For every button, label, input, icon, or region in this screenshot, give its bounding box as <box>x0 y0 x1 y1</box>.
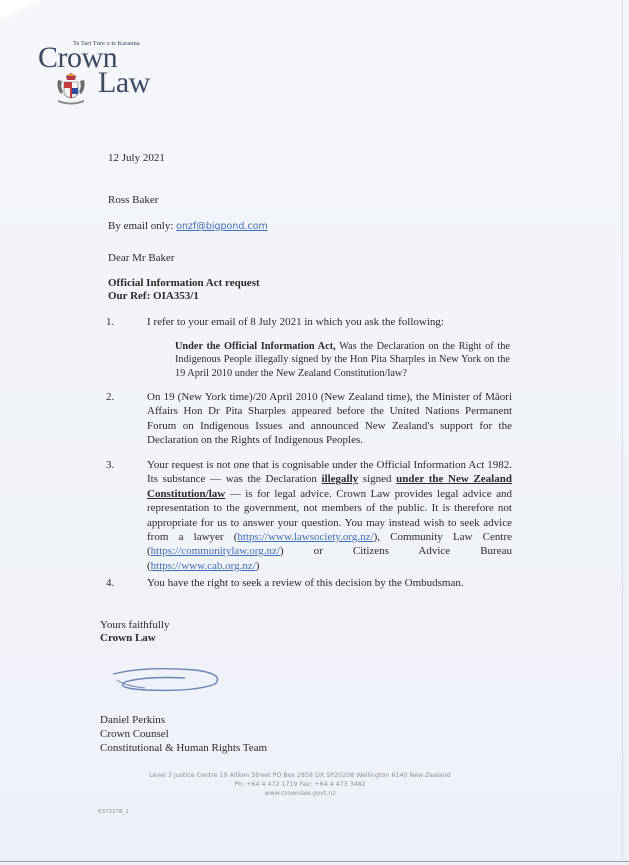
reference-line: Our Ref: OIA353/1 <box>108 289 199 303</box>
valediction: Yours faithfully <box>100 618 169 632</box>
quoted-request: Under the Official Information Act, Was … <box>175 340 510 380</box>
salutation: Dear Mr Baker <box>108 251 175 265</box>
document-reference: 6373278_1 <box>98 809 129 815</box>
footer-phone: Ph: +64 4 472 1719 Fax: +64 4 473 3482 <box>90 780 510 789</box>
footer-address: Level 3 Justice Centre 19 Aitken Street … <box>90 771 510 780</box>
paragraph-number: 1. <box>106 315 114 329</box>
signatory-team: Constitutional & Human Rights Team <box>100 741 267 755</box>
recipient-name: Ross Baker <box>108 193 158 207</box>
delivery-line: By email only: onzf@bigpond.com <box>108 219 268 234</box>
communitylaw-link[interactable]: https://communitylaw.org.nz/ <box>151 545 280 557</box>
paragraph-1-text: I refer to your email of 8 July 2021 in … <box>147 315 444 329</box>
paragraph-3-segment: signed <box>358 473 396 485</box>
page-edge-bottom <box>0 861 629 862</box>
footer-website: www.crownlaw.govt.nz <box>90 789 510 798</box>
delivery-prefix: By email only: <box>108 220 173 232</box>
cab-link[interactable]: https://www.cab.org.nz/ <box>151 560 256 572</box>
page-edge <box>622 0 623 860</box>
paragraph-number: 3. <box>106 458 114 472</box>
crown-law-logo: Te Tari Ture o te Karauna Crown Law <box>38 38 168 108</box>
paragraph-number: 2. <box>106 390 114 404</box>
paragraph-3-segment: ) <box>256 560 260 572</box>
letter-page: Te Tari Ture o te Karauna Crown Law 12 J… <box>0 0 629 865</box>
handwritten-signature-icon <box>105 660 245 700</box>
paragraph-2-text: On 19 (New York time)/20 April 2010 (New… <box>147 390 512 448</box>
quoted-request-bold: Under the Official Information Act, <box>175 341 336 352</box>
recipient-email-link[interactable]: onzf@bigpond.com <box>176 221 268 232</box>
signatory-title: Crown Counsel <box>100 727 169 741</box>
coat-of-arms-icon <box>54 72 88 108</box>
logo-law-text: Law <box>98 68 150 98</box>
emphasis-illegally: illegally <box>321 473 358 485</box>
lawsociety-link[interactable]: https://www.lawsociety.org.nz/ <box>237 531 373 543</box>
letter-date: 12 July 2021 <box>108 151 165 165</box>
subject-line: Official Information Act request <box>108 276 260 290</box>
closing-org: Crown Law <box>100 631 156 645</box>
paragraph-number: 4. <box>106 576 114 590</box>
signatory-name: Daniel Perkins <box>100 713 165 727</box>
folded-corner <box>0 0 40 20</box>
paragraph-4-text: You have the right to seek a review of t… <box>147 576 464 590</box>
paragraph-3-text: Your request is not one that is cognisab… <box>147 458 512 573</box>
